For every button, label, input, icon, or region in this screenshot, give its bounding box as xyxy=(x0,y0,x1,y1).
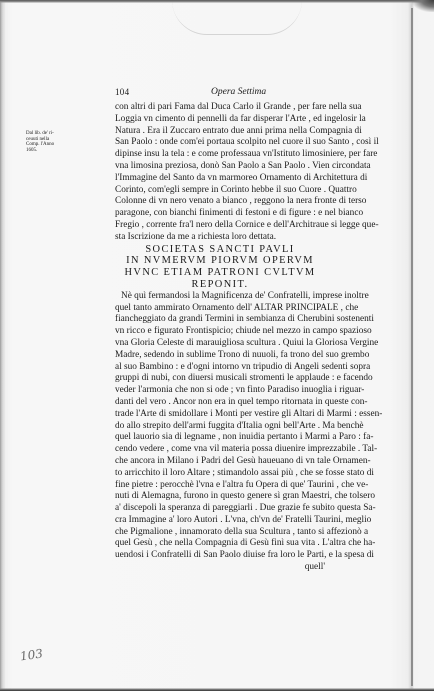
text-line: fine pietre : perocchè l'vna e l'altra f… xyxy=(115,480,325,492)
text-line: gruppi di nubi, con diuersi musicali str… xyxy=(115,373,325,385)
inscription-line: SOCIETAS SANCTI PAVLI xyxy=(115,244,325,256)
marginal-note-line: 1605. xyxy=(26,148,74,154)
text-line: Loggia vn cimento di pennelli da far dis… xyxy=(115,114,325,126)
text-line: uendosi i Confratelli di San Paolo diuis… xyxy=(115,550,325,562)
body-text: con altri di pari Fama dal Duca Carlo il… xyxy=(115,102,325,574)
inscription-line: HVNC ETIAM PATRONI CVLTVM xyxy=(115,267,325,279)
text-line: to arricchito il loro Altare ; stimandol… xyxy=(115,468,325,480)
text-line: dipinse insu la tela : e come professaua… xyxy=(115,149,325,161)
text-line: Madre, sedendo in sublime Trono di nuuol… xyxy=(115,350,325,362)
text-line: che Pigmalione , innamorato della sua Sc… xyxy=(115,527,325,539)
text-line: Natura . Era il Zuccaro entrato due anni… xyxy=(115,126,325,138)
binding-fold-line xyxy=(411,8,413,686)
text-line: Fregio , corrente fra'l nero della Corni… xyxy=(115,220,325,232)
text-line: vn ricco e figurato Frontispicio; chiude… xyxy=(115,326,325,338)
text-line: al suo Bambino : e d'ogni intorno vn tri… xyxy=(115,362,325,374)
top-right-corner-shadow xyxy=(412,0,434,12)
text-line: Nè quì fermandosi la Magnificenza de' Co… xyxy=(115,291,325,303)
text-line: quel tanto ammirato Ornamento dell' ALTA… xyxy=(115,303,325,315)
text-line: San Paolo : onde com'ei portaua scolpito… xyxy=(115,137,325,149)
text-line: quel Gesù , che nella Compagnia di Gesù … xyxy=(115,538,325,550)
running-title: Opera Settima xyxy=(211,87,266,97)
text-line: Colonne di vn nero venato a bianco , reg… xyxy=(115,196,325,208)
running-head: 104 Opera Settima xyxy=(115,87,325,101)
marginal-note: Dal lib. de' ri- ceuuti nella Comp. l'An… xyxy=(26,131,74,153)
text-line: vna Gloria Celeste di marauigliosa scult… xyxy=(115,338,325,350)
text-line: con altri di pari Fama dal Duca Carlo il… xyxy=(115,102,325,114)
left-page-edge xyxy=(0,0,5,691)
text-line: l'Immagine del Santo da vn marmoreo Orna… xyxy=(115,173,325,185)
text-line: quel lauorio sia di legname , non inuidi… xyxy=(115,432,325,444)
inscription-line: IN NVMERVM PIORVM OPERVM xyxy=(115,255,325,267)
text-line: che ancora in Milano i Padri del Gesù ha… xyxy=(115,456,325,468)
inscription-line: REPONIT. xyxy=(115,279,325,291)
text-line: Corinto, com'egli sempre in Corinto hebb… xyxy=(115,185,325,197)
text-line: do allo strepito dell'armi fuggita d'Ita… xyxy=(115,421,325,433)
catchword: quell' xyxy=(115,562,325,574)
text-line: nuti di Alemagna, furono in questo gener… xyxy=(115,491,325,503)
text-line: veder l'armonia che non si ode ; vn fint… xyxy=(115,385,325,397)
text-line: a' discepoli la speranza di pareggiarli … xyxy=(115,503,325,515)
text-line: sta Iscrizione da me a richiesta loro de… xyxy=(115,232,325,244)
text-line: danti del vero . Ancor non era in quel t… xyxy=(115,397,325,409)
text-line: trade l'Arte di smidollare i Monti per v… xyxy=(115,409,325,421)
page-number: 104 xyxy=(115,87,129,97)
text-line: vna limosina preziosa, donò San Paolo a … xyxy=(115,161,325,173)
text-line: cra Immagine a' loro Autori . L'vna, ch'… xyxy=(115,515,325,527)
water-stain xyxy=(172,0,302,35)
text-line: paragone, con bianchi finimenti di festo… xyxy=(115,208,325,220)
text-line: fiancheggiato da grandi Termini in sembi… xyxy=(115,314,325,326)
text-line: cendo vedere , come vna vil materia poss… xyxy=(115,444,325,456)
